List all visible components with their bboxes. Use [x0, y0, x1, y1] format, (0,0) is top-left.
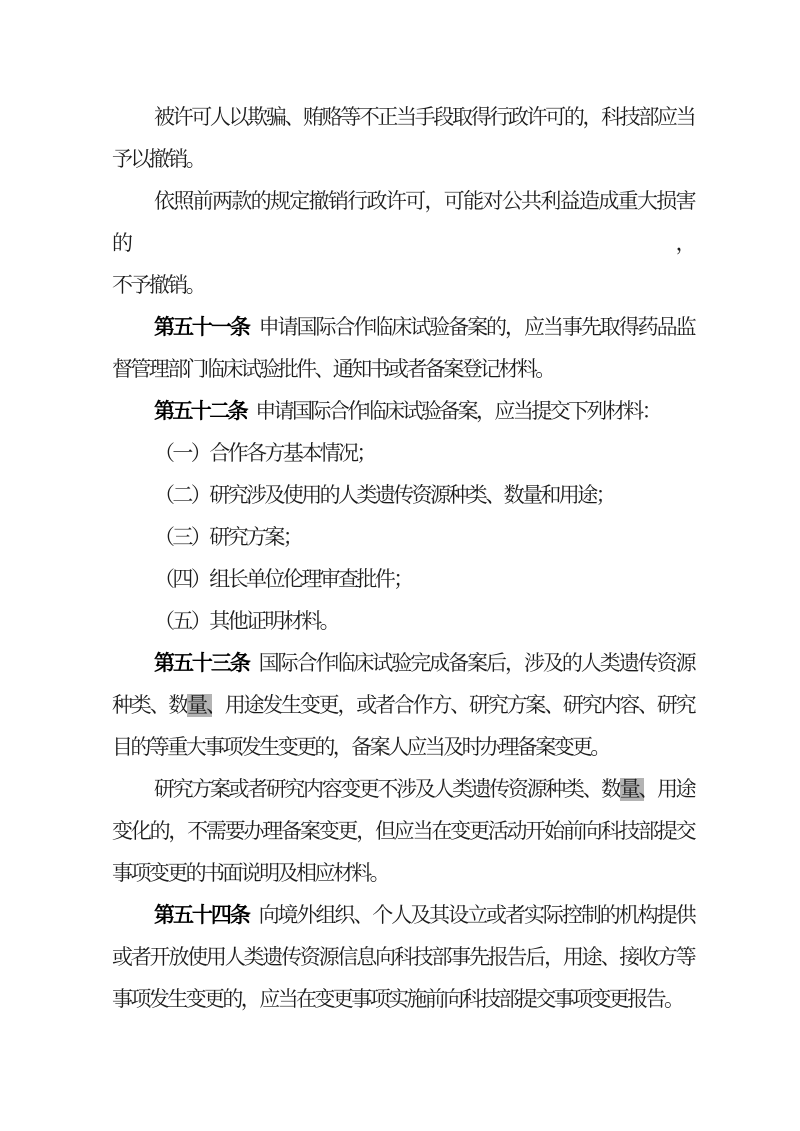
highlighted-text: 量 [620, 778, 639, 801]
article-number: 第五十一条 [154, 316, 249, 339]
paragraph: （三）研究方案； [112, 517, 694, 559]
paragraph: 研究方案或者研究内容变更不涉及人类遗传资源种类、数量、用途变化的，不需要办理备案… [112, 769, 694, 895]
paragraph: 被许可人以欺骗、贿赂等不正当手段取得行政许可的，科技部应当予以撤销。 [112, 97, 694, 181]
paragraph: （五）其他证明材料。 [112, 601, 694, 643]
text-line: 事项变更的书面说明及相应材料。 [112, 853, 694, 895]
article-number: 第五十三条 [154, 652, 249, 675]
paragraph: 第五十一条 申请国际合作临床试验备案的，应当事先取得药品监督管理部门临床试验批件… [112, 307, 694, 391]
document-page: 被许可人以欺骗、贿赂等不正当手段取得行政许可的，科技部应当予以撤销。依照前两款的… [0, 0, 800, 1131]
text-run: 研究方案或者研究内容变更不涉及人类遗传资源种类、数 [154, 778, 620, 801]
text-run: 国际合作临床试验完成备案后，涉及的人类遗传资源 [249, 652, 694, 675]
text-run: 、用途发生变更，或者合作方、研究方案、研究内容、研究 [206, 694, 694, 717]
paragraph: （四）组长单位伦理审查批件； [112, 559, 694, 601]
text-line: 不予撤销。 [112, 265, 694, 307]
paragraph: 第五十三条 国际合作临床试验完成备案后，涉及的人类遗传资源种类、数量、用途发生变… [112, 643, 694, 769]
text-line: 被许可人以欺骗、贿赂等不正当手段取得行政许可的，科技部应当 [112, 97, 694, 139]
text-run: 督管理部门临床试验批件、通知书或者备案登记材料。 [112, 358, 554, 381]
article-number: 第五十四条 [154, 904, 249, 927]
text-run: 申请国际合作临床试验备案，应当提交下列材料： [246, 400, 660, 423]
text-run: 申请国际合作临床试验备案的，应当事先取得药品监 [249, 316, 694, 339]
text-run: 不予撤销。 [112, 274, 204, 297]
highlighted-text: 量 [187, 694, 206, 717]
paragraph: 依照前两款的规定撤销行政许可，可能对公共利益造成重大损害的，不予撤销。 [112, 181, 694, 307]
text-run: 事项发生变更的，应当在变更事项实施前向科技部提交事项变更报告。 [112, 988, 682, 1011]
text-line: （四）组长单位伦理审查批件； [112, 559, 694, 601]
text-run: （一）合作各方基本情况； [154, 442, 375, 465]
paragraph: （二）研究涉及使用的人类遗传资源种类、数量和用途； [112, 475, 694, 517]
text-run: 被许可人以欺骗、贿赂等不正当手段取得行政许可的，科技部应当 [154, 106, 694, 129]
text-line: 种类、数量、用途发生变更，或者合作方、研究方案、研究内容、研究 [112, 685, 694, 727]
text-line: 第五十四条 向境外组织、个人及其设立或者实际控制的机构提供 [112, 895, 694, 937]
text-line: 第五十二条 申请国际合作临床试验备案，应当提交下列材料： [112, 391, 694, 433]
text-run: 依照前两款的规定撤销行政许可，可能对公共利益造成重大损害的， [112, 190, 694, 255]
paragraph: 第五十二条 申请国际合作临床试验备案，应当提交下列材料： [112, 391, 694, 433]
text-line: 予以撤销。 [112, 139, 694, 181]
text-run: 予以撤销。 [112, 148, 204, 171]
text-line: 目的等重大事项发生变更的，备案人应当及时办理备案变更。 [112, 727, 694, 769]
text-run: 事项变更的书面说明及相应材料。 [112, 862, 388, 885]
text-run: 变化的，不需要办理备案变更，但应当在变更活动开始前向科技部提交 [112, 820, 694, 843]
text-run: 向境外组织、个人及其设立或者实际控制的机构提供 [249, 904, 694, 927]
text-line: 变化的，不需要办理备案变更，但应当在变更活动开始前向科技部提交 [112, 811, 694, 853]
text-run: 种类、数 [112, 694, 187, 717]
text-run: 目的等重大事项发生变更的，备案人应当及时办理备案变更。 [112, 736, 609, 759]
text-line: 或者开放使用人类遗传资源信息向科技部事先报告后，用途、接收方等 [112, 937, 694, 979]
text-line: 研究方案或者研究内容变更不涉及人类遗传资源种类、数量、用途 [112, 769, 694, 811]
text-line: 事项发生变更的，应当在变更事项实施前向科技部提交事项变更报告。 [112, 979, 694, 1021]
text-run: （二）研究涉及使用的人类遗传资源种类、数量和用途； [154, 484, 614, 507]
paragraph: 第五十四条 向境外组织、个人及其设立或者实际控制的机构提供或者开放使用人类遗传资… [112, 895, 694, 1021]
text-run: （四）组长单位伦理审查批件； [154, 568, 412, 591]
text-line: （三）研究方案； [112, 517, 694, 559]
text-line: 督管理部门临床试验批件、通知书或者备案登记材料。 [112, 349, 694, 391]
text-run: 或者开放使用人类遗传资源信息向科技部事先报告后，用途、接收方等 [112, 946, 694, 969]
text-run: （五）其他证明材料。 [154, 610, 338, 633]
paragraph: （一）合作各方基本情况； [112, 433, 694, 475]
text-line: （五）其他证明材料。 [112, 601, 694, 643]
text-run: 、用途 [638, 778, 694, 801]
document-body: 被许可人以欺骗、贿赂等不正当手段取得行政许可的，科技部应当予以撤销。依照前两款的… [112, 97, 694, 1021]
text-run: （三）研究方案； [154, 526, 301, 549]
text-line: （二）研究涉及使用的人类遗传资源种类、数量和用途； [112, 475, 694, 517]
text-line: 依照前两款的规定撤销行政许可，可能对公共利益造成重大损害的， [112, 181, 694, 265]
text-line: （一）合作各方基本情况； [112, 433, 694, 475]
article-number: 第五十二条 [154, 400, 246, 423]
text-line: 第五十一条 申请国际合作临床试验备案的，应当事先取得药品监 [112, 307, 694, 349]
text-line: 第五十三条 国际合作临床试验完成备案后，涉及的人类遗传资源 [112, 643, 694, 685]
